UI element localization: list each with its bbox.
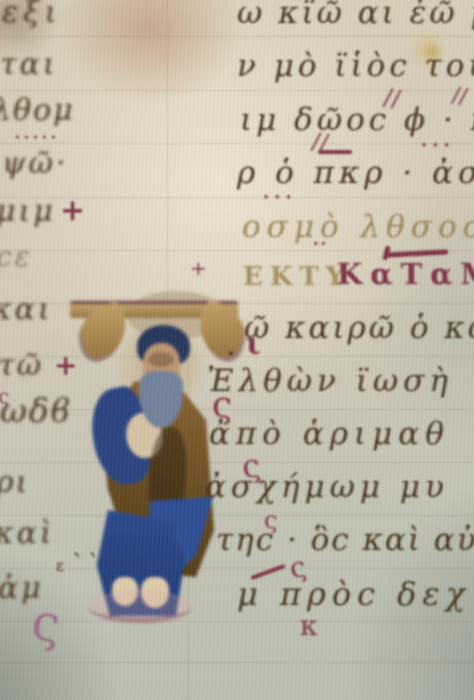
scribal-mark: ς — [240, 449, 262, 483]
main-text-column: ω κϊῶ αι ἐῶ μιν μὸ ϊἱὸϲ τοῦ ἁιμ δῶοϲ ϕ ·… — [0, 0, 474, 700]
scribal-mark: ς — [212, 388, 232, 424]
text-line: ν μὸ ϊἱὸϲ τοῦ ἁ — [237, 51, 474, 82]
text-line: οσμὸ λθσοσ — [242, 212, 474, 243]
scribal-mark: κ — [300, 612, 318, 640]
text-line: τηϲ · ὃϲ καὶ αὐ — [216, 525, 474, 556]
scribal-mark: + — [60, 196, 85, 226]
scribal-mark-bar — [318, 150, 352, 154]
scribal-mark: ε — [56, 558, 64, 574]
scribal-mark: + — [190, 258, 207, 278]
scribal-mark: + — [54, 352, 77, 380]
scribal-mark: ····· — [14, 128, 59, 150]
scribal-mark: ··· — [420, 133, 454, 159]
text-line: ΕΚΤΥ — [243, 264, 351, 290]
scribal-mark: ι — [246, 330, 261, 360]
manuscript-photo: εξιταιλθομψῶ·μιμϲεκαιτῶωδϐρικαὶἁμ ω κϊῶ … — [0, 0, 474, 700]
text-line: Ἐλθὼν ϊωσὴ — [207, 366, 453, 397]
scribal-mark: `` — [72, 552, 104, 576]
text-line: μ πρὸϲ δεχ — [237, 578, 471, 610]
scribal-mark: ς — [29, 597, 62, 650]
scribal-mark: · — [226, 340, 236, 370]
text-line: ῶ καιρῶ ὁ κῶ — [244, 313, 474, 344]
text-line: ω κϊῶ αι ἐῶ μι — [237, 0, 474, 29]
text-line: ἀσχήμωμ μυ — [205, 472, 449, 503]
scribal-mark: ·· — [312, 232, 327, 256]
text-line: ΚαΤαΜ — [337, 260, 474, 289]
text-line: ἀπὸ ἁριμαθ — [209, 419, 450, 450]
scribal-mark: ς — [264, 508, 277, 532]
scribal-mark: ς — [0, 386, 9, 406]
scribal-mark: ··· — [262, 185, 296, 211]
